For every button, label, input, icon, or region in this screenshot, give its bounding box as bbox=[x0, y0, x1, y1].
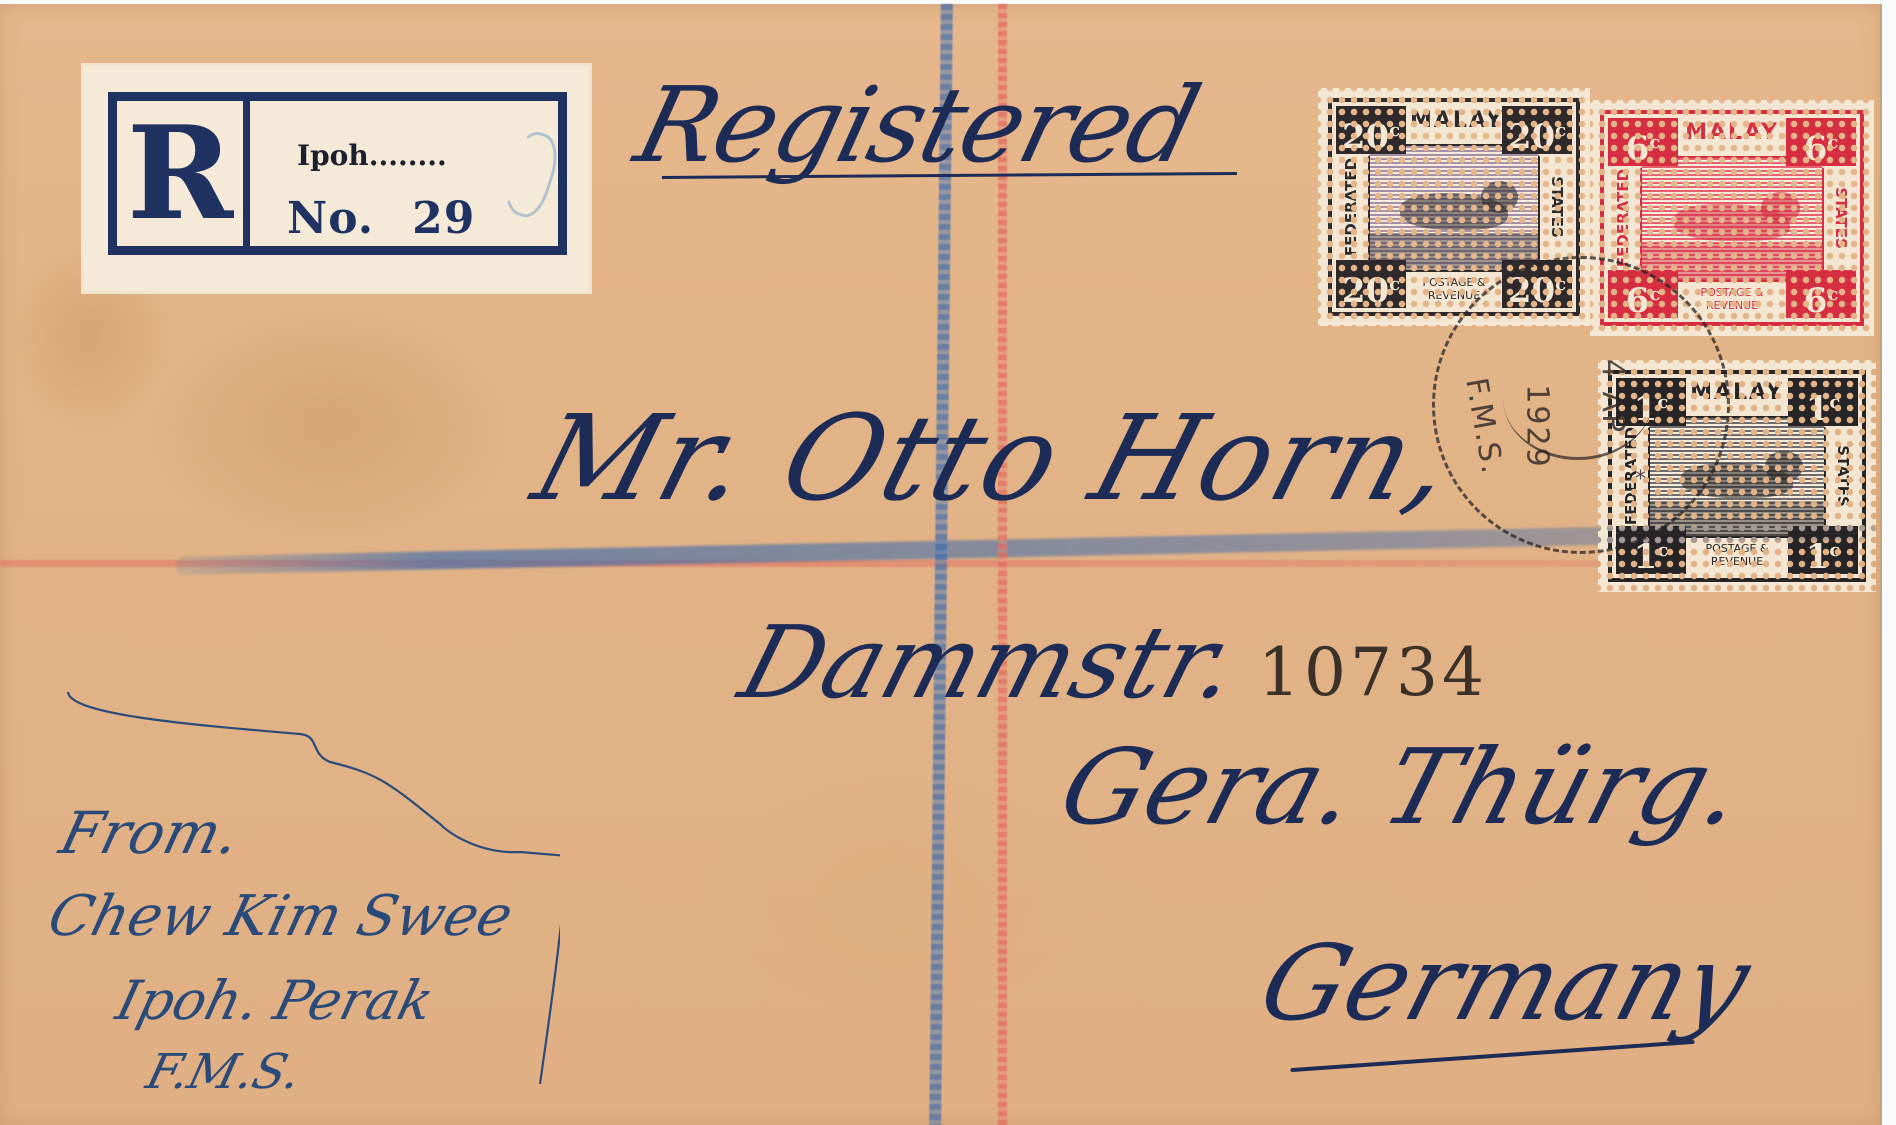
stamp-value-br: 1c bbox=[1788, 526, 1858, 574]
pencil-mark bbox=[495, 126, 565, 222]
postmark-state: F.M.S. bbox=[1458, 375, 1509, 478]
recipient-country: Germany bbox=[1248, 922, 1764, 1044]
stamp-value-bl: 20c bbox=[1336, 260, 1406, 308]
stamp-vignette bbox=[1368, 144, 1540, 272]
stamp-value-br: 6c bbox=[1786, 270, 1856, 318]
postmark-cancellation: F.M.S. 1929 4 AP * bbox=[1432, 256, 1730, 554]
registration-letter: R bbox=[125, 109, 235, 239]
registration-number-value: 29 bbox=[412, 193, 475, 244]
postmark-date: 4 AP bbox=[1595, 359, 1630, 434]
envelope: R Ipoh........ No.29 Registered Mr. Otto… bbox=[0, 4, 1882, 1125]
stamp-left-text: FEDERATED bbox=[1610, 174, 1636, 262]
stamp-value-tl: 20c bbox=[1336, 106, 1406, 154]
sender-city: Ipoh. Perak bbox=[110, 969, 440, 1032]
stamp-right-text: STATES bbox=[1830, 434, 1856, 518]
stamp-right-text: STATES bbox=[1828, 174, 1854, 262]
stamp-bottom-text: POSTAGE & REVENUE bbox=[1690, 542, 1784, 568]
registration-label-frame: R Ipoh........ No.29 bbox=[108, 92, 567, 255]
registration-label-divider bbox=[243, 101, 250, 246]
tiger-head-icon bbox=[1761, 192, 1801, 224]
stamp-value-tr: 6c bbox=[1786, 118, 1856, 166]
tiger-head-icon bbox=[1481, 181, 1518, 213]
recipient-street: Dammstr. bbox=[728, 604, 1251, 721]
stamp-value-tr: 1c bbox=[1788, 378, 1858, 426]
registration-label: R Ipoh........ No.29 bbox=[84, 66, 589, 291]
stamp-top-text: MALAY bbox=[1682, 120, 1782, 145]
stamp-left-text: FEDERATED bbox=[1338, 162, 1364, 252]
registration-office: Ipoh........ bbox=[297, 139, 447, 172]
postmark-year: 1929 bbox=[1520, 384, 1555, 468]
tiger-head-icon bbox=[1765, 451, 1803, 482]
stamp-vignette bbox=[1640, 156, 1824, 282]
postmark-star-icon: * bbox=[1635, 467, 1648, 492]
country-underline bbox=[1290, 1040, 1694, 1072]
stamp-top-text: MALAY bbox=[1410, 108, 1498, 133]
stamp-right-text: STATES bbox=[1544, 162, 1570, 252]
sender-from-label: From. bbox=[54, 799, 247, 867]
registration-number-prefix: No. bbox=[287, 193, 374, 244]
recipient-city: Gera. Thürg. bbox=[1048, 726, 1758, 848]
registered-annotation: Registered bbox=[625, 64, 1210, 186]
stamp-value-tl: 6c bbox=[1608, 118, 1678, 166]
sender-name: Chew Kim Swee bbox=[42, 884, 519, 949]
registration-number-handstamp: 10734 bbox=[1258, 634, 1488, 711]
sender-state: F.M.S. bbox=[141, 1044, 307, 1100]
recipient-name: Mr. Otto Horn, bbox=[520, 389, 1471, 527]
stamp-value-tr: 20c bbox=[1502, 106, 1572, 154]
registration-number: No.29 bbox=[287, 193, 475, 244]
stamp-bottom-text: POSTAGE & REVENUE bbox=[1682, 286, 1782, 312]
